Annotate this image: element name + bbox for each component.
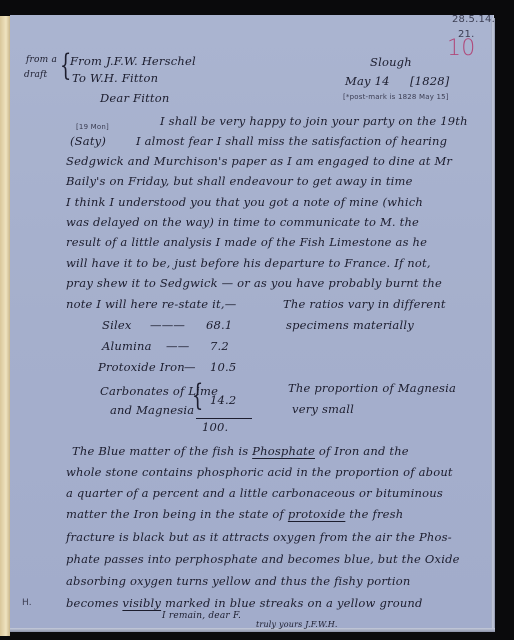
body-line: I almost fear I shall miss the satisfact… [136, 134, 447, 148]
from-line: From J.F.W. Herschel [70, 54, 196, 68]
body-line: pray shew it to Sedgwick — or as you hav… [66, 276, 442, 290]
carbonates-brace: { [192, 378, 203, 413]
ratios-note-2: specimens materially [286, 318, 414, 332]
analysis-name: Silex [102, 318, 132, 332]
place: Slough [370, 55, 412, 69]
magnesia-note-2: very small [292, 402, 354, 416]
page-edge [491, 18, 495, 632]
analysis-dash: ——— [150, 318, 185, 332]
body-line: Baily's on Friday, but shall endeavour t… [66, 174, 413, 188]
margin-note-draft: draft [24, 70, 47, 80]
magnesia-note-1: The proportion of Magnesia [288, 381, 456, 395]
analysis-value: 7.2 [210, 339, 229, 353]
para2-line: fracture is black but as it attracts oxy… [66, 530, 452, 544]
body-line: I think I understood you that you got a … [66, 195, 423, 209]
page-bottom-edge [10, 628, 495, 632]
para2-line: becomes visibly marked in blue streaks o… [66, 596, 423, 610]
date: May 14 [345, 74, 390, 88]
archive-ref: 28.5.14. [452, 14, 495, 25]
book-binding [0, 16, 10, 636]
analysis-total: 100. [202, 420, 228, 434]
body-line: result of a little analysis I made of th… [66, 235, 427, 249]
para2-line: matter the Iron being in the state of pr… [66, 507, 403, 521]
carbonates-value: 14.2 [210, 393, 236, 407]
body-line: Sedgwick and Murchison's paper as I am e… [66, 154, 452, 168]
side-note-day: (Saty) [70, 134, 106, 148]
body-line: I shall be very happy to join your party… [160, 114, 468, 128]
para2-line: whole stone contains phosphoric acid in … [66, 465, 453, 479]
para2-line: The Blue matter of the fish is Phosphate… [72, 444, 409, 458]
closing-line-1: I remain, dear F. [162, 611, 241, 621]
analysis-dash: —— [166, 339, 189, 353]
margin-note-from: from a [26, 55, 57, 65]
to-line: To W.H. Fitton [72, 71, 158, 85]
body-line: note I will here re-state it,— [66, 297, 236, 311]
para2-line: absorbing oxygen turns yellow and thus t… [66, 574, 410, 588]
margin-mark: H. [22, 598, 32, 608]
body-line: will have it to be, just before his depa… [66, 256, 431, 270]
carbonates-line2: and Magnesia [110, 403, 194, 417]
analysis-value: 68.1 [206, 318, 232, 332]
para2-line: a quarter of a percent and a little carb… [66, 486, 443, 500]
salutation: Dear Fitton [100, 91, 169, 105]
analysis-dash: — [184, 360, 196, 374]
sum-rule [196, 418, 252, 419]
year-bracket: [1828] [410, 74, 449, 88]
closing-line-2: truly yours J.F.W.H. [256, 620, 338, 629]
side-note-date: [19 Mon] [76, 123, 109, 131]
body-line: was delayed on the way) in time to commu… [66, 215, 419, 229]
analysis-name: Protoxide Iron [98, 360, 185, 374]
para2-line: phate passes into perphosphate and becom… [66, 552, 460, 566]
postmark-note: [*post-mark is 1828 May 15] [343, 93, 449, 101]
analysis-name: Alumina [102, 339, 152, 353]
analysis-value: 10.5 [210, 360, 236, 374]
ratios-note-1: The ratios vary in different [283, 297, 446, 311]
folio-number: 10 [447, 36, 475, 61]
